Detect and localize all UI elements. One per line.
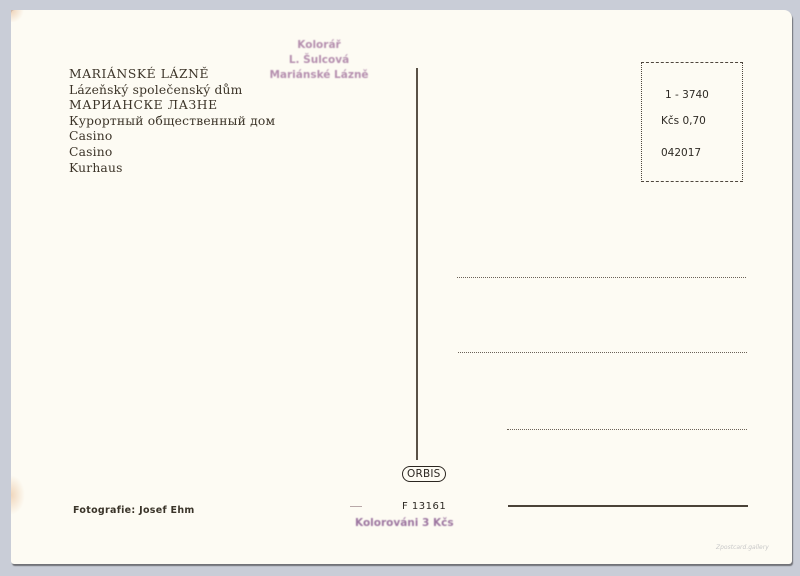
catalog-number: F 13161 — [402, 501, 446, 512]
colorist-stamp-line: Kolorář — [249, 38, 389, 53]
colorist-stamp-line: Mariánské Lázně — [249, 68, 389, 83]
address-line-3 — [507, 429, 747, 430]
colorist-stamp-line: L. Šulcová — [249, 53, 389, 68]
postage-stamp-box: 1 - 3740 Kčs 0,70 042017 — [641, 62, 743, 182]
photographer-credit: Fotografie: Josef Ehm — [73, 505, 195, 516]
coloring-price-stamp: Kolorováni 3 Kčs — [355, 517, 454, 529]
caption-subtitle-ru: Курортный общественный дом — [69, 114, 275, 130]
address-line-2 — [458, 352, 747, 353]
caption-title-cz: MARIÁNSKÉ LÁZNĚ — [69, 67, 275, 83]
postcard-back: MARIÁNSKÉ LÁZNĚ Lázeňský společenský dům… — [11, 10, 792, 564]
caption-subtitle-fr: Casino — [69, 145, 275, 161]
small-dash — [350, 506, 362, 507]
address-line-4 — [508, 505, 748, 507]
caption-subtitle-en: Casino — [69, 129, 275, 145]
caption-block: MARIÁNSKÉ LÁZNĚ Lázeňský společenský dům… — [69, 67, 275, 176]
stamp-code: 1 - 3740 — [665, 89, 709, 101]
stamp-number: 042017 — [661, 147, 701, 159]
vertical-divider — [416, 68, 418, 460]
watermark: Zpostcard.gallery — [716, 544, 769, 551]
stain-mark — [11, 475, 25, 515]
stamp-price: Kčs 0,70 — [661, 115, 706, 127]
address-line-1 — [457, 277, 746, 278]
caption-title-ru: МАРИАНСКЕ ЛАЗНЕ — [69, 98, 275, 114]
caption-subtitle-cz: Lázeňský společenský dům — [69, 83, 275, 99]
colorist-stamp: Kolorář L. Šulcová Mariánské Lázně — [249, 38, 389, 83]
orbis-logo: ORBIS — [402, 466, 446, 482]
caption-subtitle-de: Kurhaus — [69, 161, 275, 177]
stain-mark — [11, 10, 25, 22]
